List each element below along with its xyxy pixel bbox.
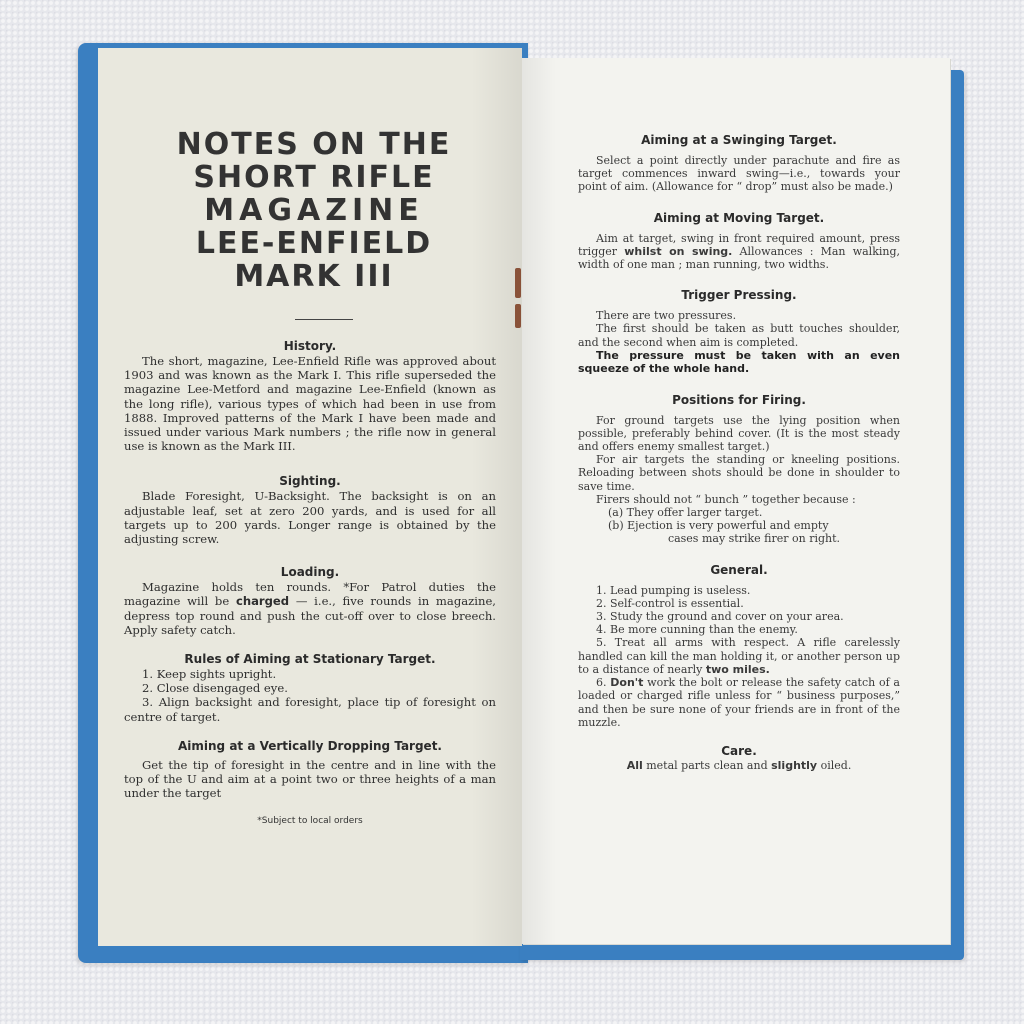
- section-history: History. The short, magazine, Lee-Enfiel…: [124, 338, 496, 453]
- title-divider: [295, 319, 353, 320]
- binding-stain: [515, 268, 521, 298]
- list-item: 5. Treat all arms with respect. A rifle …: [578, 636, 900, 676]
- section-general: General. 1. Lead pumping is useless. 2. …: [578, 562, 900, 729]
- section-heading: Rules of Aiming at Stationary Target.: [124, 651, 496, 667]
- title-line: NOTES ON THE: [132, 128, 496, 161]
- list-item: 3. Align backsight and foresight, place …: [124, 695, 496, 723]
- title-line: SHORT RIFLE: [132, 161, 496, 194]
- section-swinging-target: Aiming at a Swinging Target. Select a po…: [578, 132, 900, 194]
- left-page: NOTES ON THE SHORT RIFLE MAGAZINE LEE-EN…: [98, 48, 522, 946]
- list-item: 2. Self-control is essential.: [578, 597, 900, 610]
- section-text: Aim at target, swing in front required a…: [578, 232, 900, 272]
- section-text: The first should be taken as butt touche…: [578, 322, 900, 348]
- section-heading: Aiming at a Vertically Dropping Target.: [124, 738, 496, 754]
- section-heading: Loading.: [124, 564, 496, 580]
- list-item: 6. Don't work the bolt or release the sa…: [578, 676, 900, 729]
- booklet-title: NOTES ON THE SHORT RIFLE MAGAZINE LEE-EN…: [132, 128, 496, 293]
- bold-text: whilst on swing.: [624, 245, 732, 258]
- section-heading: Positions for Firing.: [578, 392, 900, 408]
- list-item: cases may strike firer on right.: [608, 532, 900, 545]
- list-item: 1. Lead pumping is useless.: [578, 584, 900, 597]
- bold-text: charged: [236, 594, 289, 608]
- title-line: MAGAZINE: [132, 194, 496, 227]
- section-heading: Care.: [578, 743, 900, 759]
- section-loading: Loading. Magazine holds ten rounds. *For…: [124, 564, 496, 637]
- section-heading: Aiming at Moving Target.: [578, 210, 900, 226]
- title-line: LEE-ENFIELD: [132, 227, 496, 260]
- section-trigger-pressing: Trigger Pressing. There are two pressure…: [578, 287, 900, 375]
- section-heading: General.: [578, 562, 900, 578]
- section-text: There are two pressures.: [578, 309, 900, 322]
- section-text: All metal parts clean and slightly oiled…: [578, 759, 900, 772]
- list-item: 2. Close disengaged eye.: [124, 681, 496, 695]
- text-run: metal parts clean and: [643, 759, 771, 772]
- section-text: For ground targets use the lying positio…: [578, 414, 900, 454]
- section-heading: Trigger Pressing.: [578, 287, 900, 303]
- bold-text: slightly: [771, 759, 817, 772]
- section-heading: Sighting.: [124, 473, 496, 489]
- bold-text: Don't: [610, 676, 643, 689]
- title-line: MARK III: [132, 260, 496, 293]
- section-text: Select a point directly under parachute …: [578, 154, 900, 194]
- bold-text: All: [627, 759, 643, 772]
- bold-text: two miles.: [706, 663, 770, 676]
- binding-stain: [515, 304, 521, 328]
- section-text: Blade Foresight, U-Backsight. The backsi…: [124, 489, 496, 546]
- section-text: Get the tip of foresight in the centre a…: [124, 758, 496, 801]
- list-item: 4. Be more cunning than the enemy.: [578, 623, 900, 636]
- section-heading: History.: [124, 338, 496, 354]
- section-text: For air targets the standing or kneeling…: [578, 453, 900, 493]
- section-text: Firers should not “ bunch ” together bec…: [578, 493, 900, 506]
- footnote: *Subject to local orders: [124, 816, 496, 826]
- list-item: (a) They offer larger target.: [608, 506, 900, 519]
- text-run: 6.: [596, 676, 610, 689]
- section-heading: Aiming at a Swinging Target.: [578, 132, 900, 148]
- section-dropping-target: Aiming at a Vertically Dropping Target. …: [124, 738, 496, 801]
- sub-list: (a) They offer larger target. (b) Ejecti…: [578, 506, 900, 546]
- section-moving-target: Aiming at Moving Target. Aim at target, …: [578, 210, 900, 272]
- section-stationary-target: Rules of Aiming at Stationary Target. 1.…: [124, 651, 496, 724]
- list-item: 3. Study the ground and cover on your ar…: [578, 610, 900, 623]
- section-text: Magazine holds ten rounds. *For Patrol d…: [124, 580, 496, 637]
- section-care: Care. All metal parts clean and slightly…: [578, 743, 900, 772]
- section-firing-positions: Positions for Firing. For ground targets…: [578, 392, 900, 546]
- list-item: 1. Keep sights upright.: [124, 667, 496, 681]
- section-sighting: Sighting. Blade Foresight, U-Backsight. …: [124, 473, 496, 546]
- right-page: Aiming at a Swinging Target. Select a po…: [522, 58, 950, 944]
- text-run: oiled.: [817, 759, 851, 772]
- emphasis-text: The pressure must be taken with an even …: [578, 349, 900, 376]
- list-item: (b) Ejection is very powerful and empty: [608, 519, 900, 532]
- section-text: The short, magazine, Lee-Enfield Rifle w…: [124, 354, 496, 453]
